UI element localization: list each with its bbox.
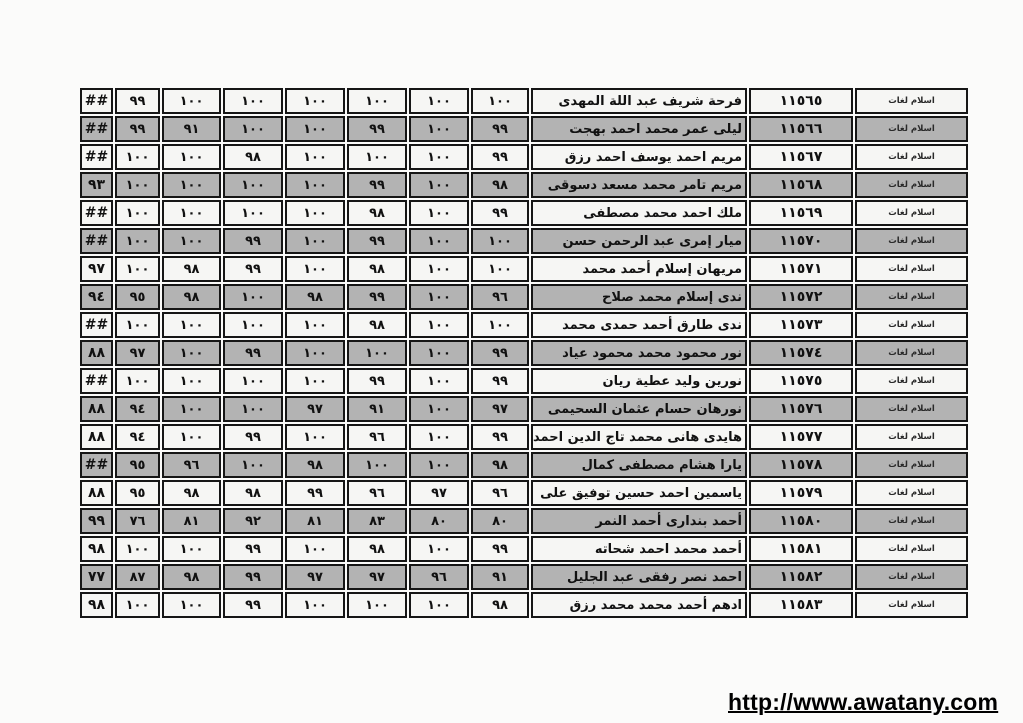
score-cell: ١٠٠ bbox=[162, 172, 221, 198]
results-table: ##٩٩١٠٠١٠٠١٠٠١٠٠١٠٠١٠٠فرحة شريف عبد اللة… bbox=[78, 86, 970, 620]
subject-tag-cell: اسلام لغات bbox=[855, 424, 968, 450]
score-cell: ١٠٠ bbox=[347, 88, 407, 114]
student-name-cell: ليلى عمر محمد احمد بهجت bbox=[531, 116, 747, 142]
score-cell: ١٠٠ bbox=[285, 88, 345, 114]
score-cell: ٩٥ bbox=[115, 284, 160, 310]
score-cell: ٩٩ bbox=[223, 340, 283, 366]
student-name-cell: نور محمود محمد محمود عياد bbox=[531, 340, 747, 366]
score-cell: ٩٧ bbox=[285, 564, 345, 590]
subject-tag-cell: اسلام لغات bbox=[855, 144, 968, 170]
student-name-cell: مريم احمد يوسف احمد رزق bbox=[531, 144, 747, 170]
table-row: ٩٨١٠٠١٠٠٩٩١٠٠٩٨١٠٠٩٩أحمد محمد احمد شحاته… bbox=[80, 536, 968, 562]
subject-tag-cell: اسلام لغات bbox=[855, 536, 968, 562]
score-cell: ٩٩ bbox=[115, 88, 160, 114]
score-cell: ١٠٠ bbox=[162, 368, 221, 394]
student-name-cell: ميار إمرى عبد الرحمن حسن bbox=[531, 228, 747, 254]
student-name-cell: فرحة شريف عبد اللة المهدى bbox=[531, 88, 747, 114]
seat-number-cell: ١١٥٧٦ bbox=[749, 396, 853, 422]
score-cell: ٩١ bbox=[471, 564, 529, 590]
score-cell: ٩٦ bbox=[471, 284, 529, 310]
score-cell: ١٠٠ bbox=[409, 116, 469, 142]
score-cell: ١٠٠ bbox=[471, 88, 529, 114]
student-name-cell: مريهان إسلام أحمد محمد bbox=[531, 256, 747, 282]
table-row: ##١٠٠١٠٠١٠٠١٠٠٩٨١٠٠٩٩ملك احمد محمد مصطفى… bbox=[80, 200, 968, 226]
score-cell: ١٠٠ bbox=[285, 368, 345, 394]
score-cell: ٩٢ bbox=[223, 508, 283, 534]
table-row: ٨٨٩٤١٠٠٩٩١٠٠٩٦١٠٠٩٩هايدى هانى محمد تاج ا… bbox=[80, 424, 968, 450]
student-name-cell: يارا هشام مصطفى كمال bbox=[531, 452, 747, 478]
overflow-total-cell: ## bbox=[80, 200, 113, 226]
score-cell: ٩٥ bbox=[115, 452, 160, 478]
score-cell: ١٠٠ bbox=[347, 592, 407, 618]
subject-tag-cell: اسلام لغات bbox=[855, 284, 968, 310]
score-cell: ٩٩ bbox=[223, 536, 283, 562]
seat-number-cell: ١١٥٦٨ bbox=[749, 172, 853, 198]
score-cell: ٩٨ bbox=[285, 452, 345, 478]
score-cell: ٩٨ bbox=[162, 284, 221, 310]
score-cell: ٩٦ bbox=[347, 424, 407, 450]
score-cell: ١٠٠ bbox=[115, 536, 160, 562]
overflow-total-cell: ## bbox=[80, 228, 113, 254]
score-cell: ١٠٠ bbox=[409, 88, 469, 114]
score-cell: ١٠٠ bbox=[162, 424, 221, 450]
score-cell: ١٠٠ bbox=[115, 200, 160, 226]
score-cell: ١٠٠ bbox=[471, 228, 529, 254]
seat-number-cell: ١١٥٦٩ bbox=[749, 200, 853, 226]
subject-tag-cell: اسلام لغات bbox=[855, 172, 968, 198]
score-cell: ٩٧ bbox=[409, 480, 469, 506]
score-cell: ١٠٠ bbox=[223, 200, 283, 226]
footer-website-link[interactable]: http://www.awatany.com bbox=[728, 689, 998, 716]
score-cell: ٩٨ bbox=[162, 480, 221, 506]
overflow-total-cell: ## bbox=[80, 116, 113, 142]
student-name-cell: نورهان حسام عثمان السحيمى bbox=[531, 396, 747, 422]
score-cell: ١٠٠ bbox=[285, 144, 345, 170]
table-row: ##١٠٠١٠٠١٠٠١٠٠٩٨١٠٠١٠٠ندى طارق أحمد حمدى… bbox=[80, 312, 968, 338]
score-cell: ١٠٠ bbox=[115, 256, 160, 282]
score-cell: ١٠٠ bbox=[285, 536, 345, 562]
score-cell: ٩٩ bbox=[471, 144, 529, 170]
score-cell: ٩٩ bbox=[347, 368, 407, 394]
score-cell: ٨٠ bbox=[409, 508, 469, 534]
subject-tag-cell: اسلام لغات bbox=[855, 88, 968, 114]
score-cell: ١٠٠ bbox=[162, 340, 221, 366]
score-cell: ١٠٠ bbox=[115, 144, 160, 170]
score-cell: ١٠٠ bbox=[162, 396, 221, 422]
table-row: ##٩٩٩١١٠٠١٠٠٩٩١٠٠٩٩ليلى عمر محمد احمد به… bbox=[80, 116, 968, 142]
seat-number-cell: ١١٥٧١ bbox=[749, 256, 853, 282]
student-name-cell: أحمد بندارى أحمد النمر bbox=[531, 508, 747, 534]
score-cell: ٩٧ bbox=[471, 396, 529, 422]
score-cell: ١٠٠ bbox=[285, 116, 345, 142]
score-cell: ٩٩ bbox=[471, 536, 529, 562]
score-cell: ٨٧ bbox=[115, 564, 160, 590]
overflow-total-cell: ٧٧ bbox=[80, 564, 113, 590]
score-cell: ٩٦ bbox=[162, 452, 221, 478]
subject-tag-cell: اسلام لغات bbox=[855, 368, 968, 394]
score-cell: ٩٩ bbox=[223, 228, 283, 254]
student-name-cell: ملك احمد محمد مصطفى bbox=[531, 200, 747, 226]
score-cell: ١٠٠ bbox=[409, 312, 469, 338]
score-cell: ١٠٠ bbox=[285, 256, 345, 282]
seat-number-cell: ١١٥٧٥ bbox=[749, 368, 853, 394]
score-cell: ٩٩ bbox=[223, 424, 283, 450]
score-cell: ١٠٠ bbox=[409, 452, 469, 478]
score-cell: ١٠٠ bbox=[285, 340, 345, 366]
score-cell: ٩٩ bbox=[285, 480, 345, 506]
subject-tag-cell: اسلام لغات bbox=[855, 116, 968, 142]
overflow-total-cell: ## bbox=[80, 312, 113, 338]
score-cell: ١٠٠ bbox=[347, 452, 407, 478]
seat-number-cell: ١١٥٧٢ bbox=[749, 284, 853, 310]
score-cell: ٨١ bbox=[285, 508, 345, 534]
score-cell: ٩٤ bbox=[115, 424, 160, 450]
score-cell: ٩٩ bbox=[223, 256, 283, 282]
score-cell: ١٠٠ bbox=[285, 228, 345, 254]
score-cell: ٩٨ bbox=[471, 452, 529, 478]
score-cell: ١٠٠ bbox=[223, 452, 283, 478]
score-cell: ٧٦ bbox=[115, 508, 160, 534]
score-cell: ١٠٠ bbox=[115, 592, 160, 618]
score-cell: ١٠٠ bbox=[471, 312, 529, 338]
score-cell: ١٠٠ bbox=[409, 424, 469, 450]
score-cell: ١٠٠ bbox=[223, 396, 283, 422]
student-name-cell: هايدى هانى محمد تاج الدين احمد bbox=[531, 424, 747, 450]
score-cell: ١٠٠ bbox=[115, 312, 160, 338]
score-cell: ٩٩ bbox=[471, 368, 529, 394]
score-cell: ٩٨ bbox=[347, 200, 407, 226]
subject-tag-cell: اسلام لغات bbox=[855, 396, 968, 422]
overflow-total-cell: ## bbox=[80, 144, 113, 170]
score-cell: ١٠٠ bbox=[409, 228, 469, 254]
seat-number-cell: ١١٥٧٩ bbox=[749, 480, 853, 506]
score-cell: ١٠٠ bbox=[409, 256, 469, 282]
overflow-total-cell: ## bbox=[80, 88, 113, 114]
score-cell: ٩٩ bbox=[347, 228, 407, 254]
score-cell: ٩٨ bbox=[347, 536, 407, 562]
subject-tag-cell: اسلام لغات bbox=[855, 312, 968, 338]
score-cell: ٩٩ bbox=[471, 200, 529, 226]
table-row: ##١٠٠١٠٠٩٨١٠٠١٠٠١٠٠٩٩مريم احمد يوسف احمد… bbox=[80, 144, 968, 170]
score-cell: ١٠٠ bbox=[409, 592, 469, 618]
seat-number-cell: ١١٥٧٨ bbox=[749, 452, 853, 478]
results-table-body: ##٩٩١٠٠١٠٠١٠٠١٠٠١٠٠١٠٠فرحة شريف عبد اللة… bbox=[80, 88, 968, 618]
seat-number-cell: ١١٥٦٧ bbox=[749, 144, 853, 170]
student-name-cell: احمد نصر رفقى عبد الجليل bbox=[531, 564, 747, 590]
score-cell: ٩٨ bbox=[347, 312, 407, 338]
overflow-total-cell: ## bbox=[80, 368, 113, 394]
score-cell: ٩١ bbox=[162, 116, 221, 142]
table-row: ٩٣١٠٠١٠٠١٠٠١٠٠٩٩١٠٠٩٨مريم تامر محمد مسعد… bbox=[80, 172, 968, 198]
overflow-total-cell: ٨٨ bbox=[80, 396, 113, 422]
seat-number-cell: ١١٥٨٣ bbox=[749, 592, 853, 618]
score-cell: ١٠٠ bbox=[409, 172, 469, 198]
student-name-cell: ادهم أحمد محمد محمد رزق bbox=[531, 592, 747, 618]
table-row: ٩٧١٠٠٩٨٩٩١٠٠٩٨١٠٠١٠٠مريهان إسلام أحمد مح… bbox=[80, 256, 968, 282]
score-cell: ٩٩ bbox=[115, 116, 160, 142]
score-cell: ٩٨ bbox=[223, 144, 283, 170]
score-cell: ٩٩ bbox=[223, 592, 283, 618]
score-cell: ١٠٠ bbox=[409, 144, 469, 170]
table-row: ٧٧٨٧٩٨٩٩٩٧٩٧٩٦٩١احمد نصر رفقى عبد الجليل… bbox=[80, 564, 968, 590]
student-name-cell: ندى إسلام محمد صلاح bbox=[531, 284, 747, 310]
table-row: ٨٨٩٤١٠٠١٠٠٩٧٩١١٠٠٩٧نورهان حسام عثمان الس… bbox=[80, 396, 968, 422]
score-cell: ١٠٠ bbox=[115, 228, 160, 254]
table-row: ٩٩٧٦٨١٩٢٨١٨٣٨٠٨٠أحمد بندارى أحمد النمر١١… bbox=[80, 508, 968, 534]
score-cell: ١٠٠ bbox=[409, 284, 469, 310]
score-cell: ٩٦ bbox=[347, 480, 407, 506]
score-cell: ١٠٠ bbox=[162, 592, 221, 618]
score-cell: ١٠٠ bbox=[162, 228, 221, 254]
overflow-total-cell: ٨٨ bbox=[80, 480, 113, 506]
score-cell: ١٠٠ bbox=[409, 396, 469, 422]
score-cell: ١٠٠ bbox=[285, 312, 345, 338]
score-cell: ١٠٠ bbox=[409, 536, 469, 562]
score-cell: ٩٥ bbox=[115, 480, 160, 506]
score-cell: ١٠٠ bbox=[115, 172, 160, 198]
score-cell: ٩٨ bbox=[162, 564, 221, 590]
student-name-cell: أحمد محمد احمد شحاته bbox=[531, 536, 747, 562]
score-cell: ١٠٠ bbox=[409, 368, 469, 394]
score-cell: ٩٧ bbox=[115, 340, 160, 366]
score-cell: ١٠٠ bbox=[115, 368, 160, 394]
score-cell: ٩٨ bbox=[223, 480, 283, 506]
score-cell: ١٠٠ bbox=[409, 340, 469, 366]
score-cell: ١٠٠ bbox=[285, 424, 345, 450]
overflow-total-cell: ٩٨ bbox=[80, 536, 113, 562]
seat-number-cell: ١١٥٦٦ bbox=[749, 116, 853, 142]
score-cell: ١٠٠ bbox=[162, 312, 221, 338]
score-cell: ١٠٠ bbox=[285, 200, 345, 226]
seat-number-cell: ١١٥٨٢ bbox=[749, 564, 853, 590]
overflow-total-cell: ٨٨ bbox=[80, 424, 113, 450]
score-cell: ٩٨ bbox=[285, 284, 345, 310]
score-cell: ٩٩ bbox=[471, 340, 529, 366]
seat-number-cell: ١١٥٨١ bbox=[749, 536, 853, 562]
score-cell: ١٠٠ bbox=[223, 116, 283, 142]
score-cell: ١٠٠ bbox=[285, 592, 345, 618]
score-cell: ١٠٠ bbox=[162, 200, 221, 226]
score-cell: ٩٨ bbox=[471, 172, 529, 198]
seat-number-cell: ١١٥٧٠ bbox=[749, 228, 853, 254]
student-name-cell: نورين وليد عطية ريان bbox=[531, 368, 747, 394]
score-cell: ٨٣ bbox=[347, 508, 407, 534]
score-cell: ٩١ bbox=[347, 396, 407, 422]
subject-tag-cell: اسلام لغات bbox=[855, 228, 968, 254]
overflow-total-cell: ٩٧ bbox=[80, 256, 113, 282]
subject-tag-cell: اسلام لغات bbox=[855, 200, 968, 226]
score-cell: ١٠٠ bbox=[223, 368, 283, 394]
score-cell: ١٠٠ bbox=[409, 200, 469, 226]
student-name-cell: مريم تامر محمد مسعد دسوقى bbox=[531, 172, 747, 198]
table-row: ##٩٥٩٦١٠٠٩٨١٠٠١٠٠٩٨يارا هشام مصطفى كمال١… bbox=[80, 452, 968, 478]
overflow-total-cell: ٩٤ bbox=[80, 284, 113, 310]
score-cell: ٨١ bbox=[162, 508, 221, 534]
seat-number-cell: ١١٥٨٠ bbox=[749, 508, 853, 534]
table-row: ٩٤٩٥٩٨١٠٠٩٨٩٩١٠٠٩٦ندى إسلام محمد صلاح١١٥… bbox=[80, 284, 968, 310]
subject-tag-cell: اسلام لغات bbox=[855, 508, 968, 534]
score-cell: ٩٧ bbox=[347, 564, 407, 590]
score-cell: ٩٩ bbox=[223, 564, 283, 590]
subject-tag-cell: اسلام لغات bbox=[855, 452, 968, 478]
score-cell: ٩٤ bbox=[115, 396, 160, 422]
subject-tag-cell: اسلام لغات bbox=[855, 564, 968, 590]
score-cell: ١٠٠ bbox=[223, 312, 283, 338]
score-cell: ٩٩ bbox=[471, 424, 529, 450]
score-cell: ٩٦ bbox=[471, 480, 529, 506]
score-cell: ١٠٠ bbox=[223, 88, 283, 114]
score-cell: ٩٨ bbox=[162, 256, 221, 282]
seat-number-cell: ١١٥٧٣ bbox=[749, 312, 853, 338]
overflow-total-cell: ٩٨ bbox=[80, 592, 113, 618]
score-cell: ١٠٠ bbox=[223, 284, 283, 310]
score-cell: ١٠٠ bbox=[285, 172, 345, 198]
student-name-cell: ندى طارق أحمد حمدى محمد bbox=[531, 312, 747, 338]
score-cell: ١٠٠ bbox=[347, 340, 407, 366]
subject-tag-cell: اسلام لغات bbox=[855, 592, 968, 618]
score-cell: ١٠٠ bbox=[162, 536, 221, 562]
table-row: ##١٠٠١٠٠١٠٠١٠٠٩٩١٠٠٩٩نورين وليد عطية ريا… bbox=[80, 368, 968, 394]
score-cell: ١٠٠ bbox=[223, 172, 283, 198]
seat-number-cell: ١١٥٦٥ bbox=[749, 88, 853, 114]
seat-number-cell: ١١٥٧٧ bbox=[749, 424, 853, 450]
overflow-total-cell: ٩٩ bbox=[80, 508, 113, 534]
overflow-total-cell: ## bbox=[80, 452, 113, 478]
student-name-cell: ياسمين احمد حسين توفيق على bbox=[531, 480, 747, 506]
table-row: ##٩٩١٠٠١٠٠١٠٠١٠٠١٠٠١٠٠فرحة شريف عبد اللة… bbox=[80, 88, 968, 114]
score-cell: ٩٧ bbox=[285, 396, 345, 422]
score-cell: ١٠٠ bbox=[347, 144, 407, 170]
score-cell: ١٠٠ bbox=[162, 88, 221, 114]
score-cell: ٩٩ bbox=[347, 116, 407, 142]
score-cell: ٩٨ bbox=[347, 256, 407, 282]
score-cell: ٩٨ bbox=[471, 592, 529, 618]
table-row: ٩٨١٠٠١٠٠٩٩١٠٠١٠٠١٠٠٩٨ادهم أحمد محمد محمد… bbox=[80, 592, 968, 618]
subject-tag-cell: اسلام لغات bbox=[855, 480, 968, 506]
score-cell: ٩٦ bbox=[409, 564, 469, 590]
table-row: ٨٨٩٥٩٨٩٨٩٩٩٦٩٧٩٦ياسمين احمد حسين توفيق ع… bbox=[80, 480, 968, 506]
score-cell: ٩٩ bbox=[471, 116, 529, 142]
seat-number-cell: ١١٥٧٤ bbox=[749, 340, 853, 366]
score-cell: ٩٩ bbox=[347, 284, 407, 310]
table-row: ##١٠٠١٠٠٩٩١٠٠٩٩١٠٠١٠٠ميار إمرى عبد الرحم… bbox=[80, 228, 968, 254]
subject-tag-cell: اسلام لغات bbox=[855, 256, 968, 282]
table-row: ٨٨٩٧١٠٠٩٩١٠٠١٠٠١٠٠٩٩نور محمود محمد محمود… bbox=[80, 340, 968, 366]
subject-tag-cell: اسلام لغات bbox=[855, 340, 968, 366]
overflow-total-cell: ٩٣ bbox=[80, 172, 113, 198]
overflow-total-cell: ٨٨ bbox=[80, 340, 113, 366]
score-cell: ٩٩ bbox=[347, 172, 407, 198]
score-cell: ٨٠ bbox=[471, 508, 529, 534]
score-cell: ١٠٠ bbox=[471, 256, 529, 282]
score-cell: ١٠٠ bbox=[162, 144, 221, 170]
